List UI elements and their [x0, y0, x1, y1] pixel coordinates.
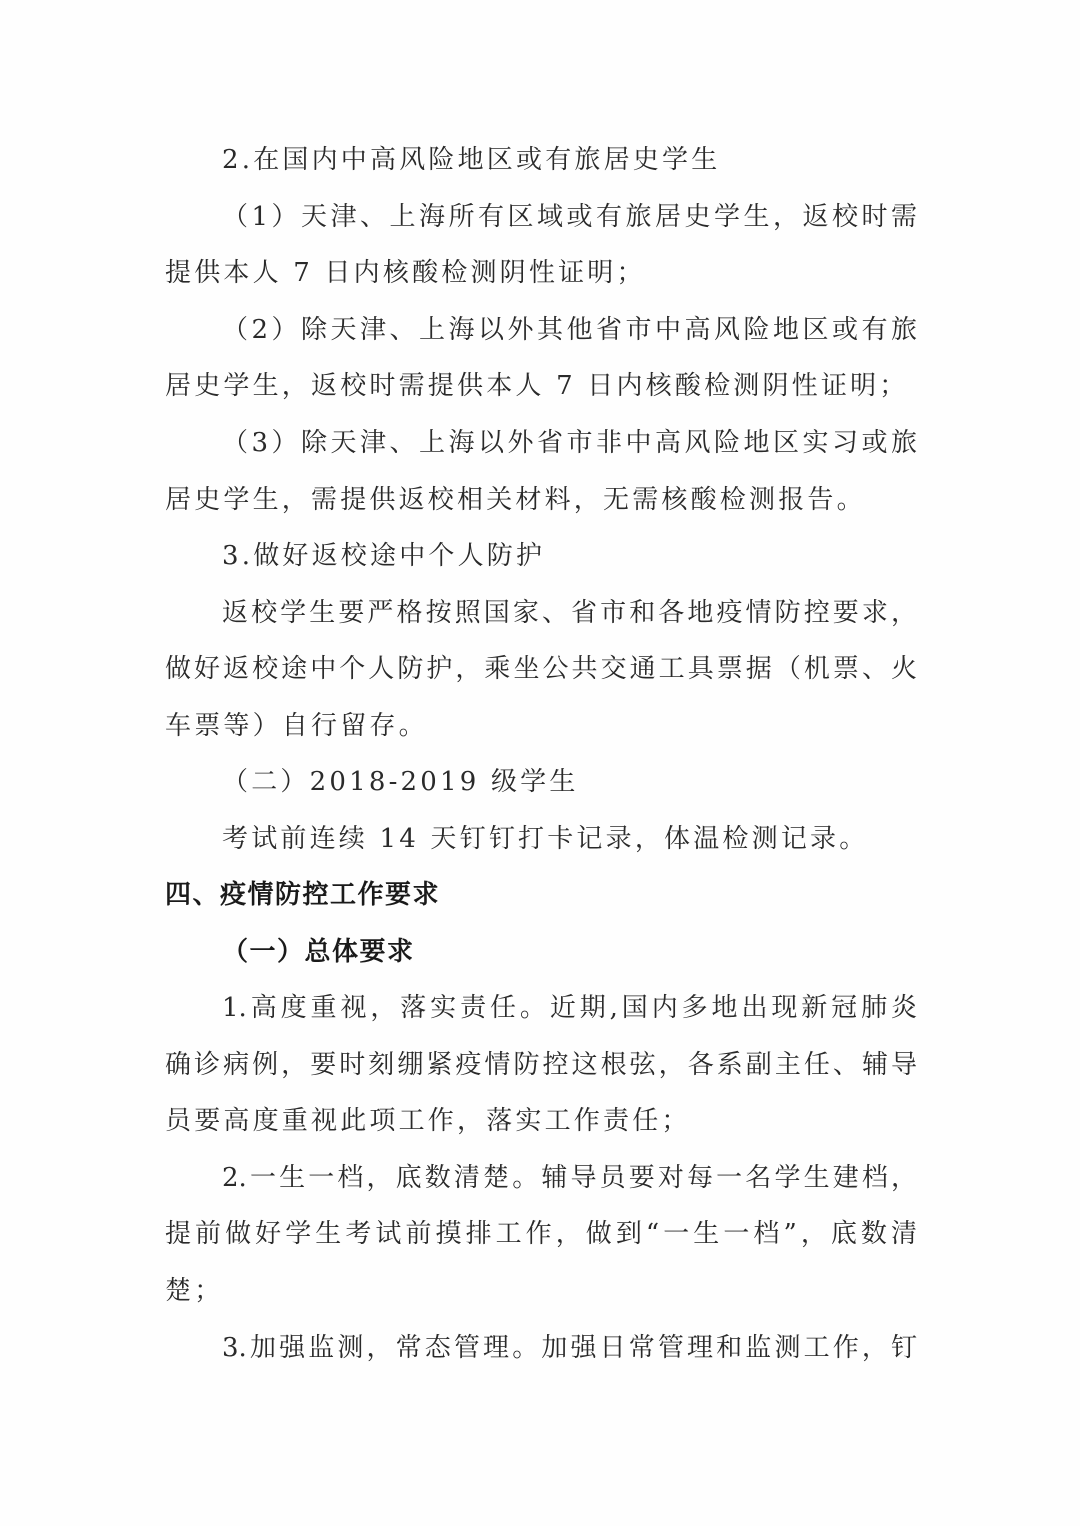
paragraph-line: 车票等）自行留存。: [165, 706, 917, 746]
paragraph-line: 居史学生，返校时需提供本人 7 日内核酸检测阴性证明；: [165, 366, 917, 406]
paragraph-line: 考试前连续 14 天钉钉打卡记录，体温检测记录。: [222, 819, 917, 859]
paragraph-line: 做好返校途中个人防护，乘坐公共交通工具票据（机票、火: [165, 649, 917, 689]
paragraph-line: （3）除天津、上海以外省市非中高风险地区实习或旅: [222, 423, 917, 463]
paragraph-line: 返校学生要严格按照国家、省市和各地疫情防控要求，: [222, 593, 917, 633]
paragraph-line: （1）天津、上海所有区域或有旅居史学生，返校时需: [222, 197, 917, 237]
document-page: 2.在国内中高风险地区或有旅居史学生 （1）天津、上海所有区域或有旅居史学生，返…: [0, 0, 1080, 1526]
paragraph-line: 员要高度重视此项工作，落实工作责任；: [165, 1101, 917, 1141]
paragraph-line: （2）除天津、上海以外其他省市中高风险地区或有旅: [222, 310, 917, 350]
subheading-2018-2019-students: （二）2018-2019 级学生: [222, 762, 917, 802]
paragraph-line: 确诊病例，要时刻绷紧疫情防控这根弦，各系副主任、辅导: [165, 1045, 917, 1085]
paragraph-line: 居史学生，需提供返校相关材料，无需核酸检测报告。: [165, 480, 917, 520]
paragraph-line: 3.加强监测，常态管理。加强日常管理和监测工作，钉: [222, 1328, 917, 1368]
paragraph-line: 提供本人 7 日内核酸检测阴性证明；: [165, 253, 917, 293]
paragraph-line: 2.一生一档，底数清楚。辅导员要对每一名学生建档，: [222, 1158, 917, 1198]
subheading-high-risk-areas: 2.在国内中高风险地区或有旅居史学生: [222, 140, 917, 180]
section-heading-epidemic-requirements: 四、疫情防控工作要求: [165, 875, 917, 915]
paragraph-line: 提前做好学生考试前摸排工作，做到“一生一档”，底数清: [165, 1214, 917, 1254]
paragraph-line: 楚；: [165, 1271, 917, 1311]
subheading-personal-protection: 3.做好返校途中个人防护: [222, 536, 917, 576]
paragraph-line: 1.高度重视，落实责任。近期,国内多地出现新冠肺炎: [222, 988, 917, 1028]
subheading-general-requirements: （一）总体要求: [222, 932, 917, 972]
